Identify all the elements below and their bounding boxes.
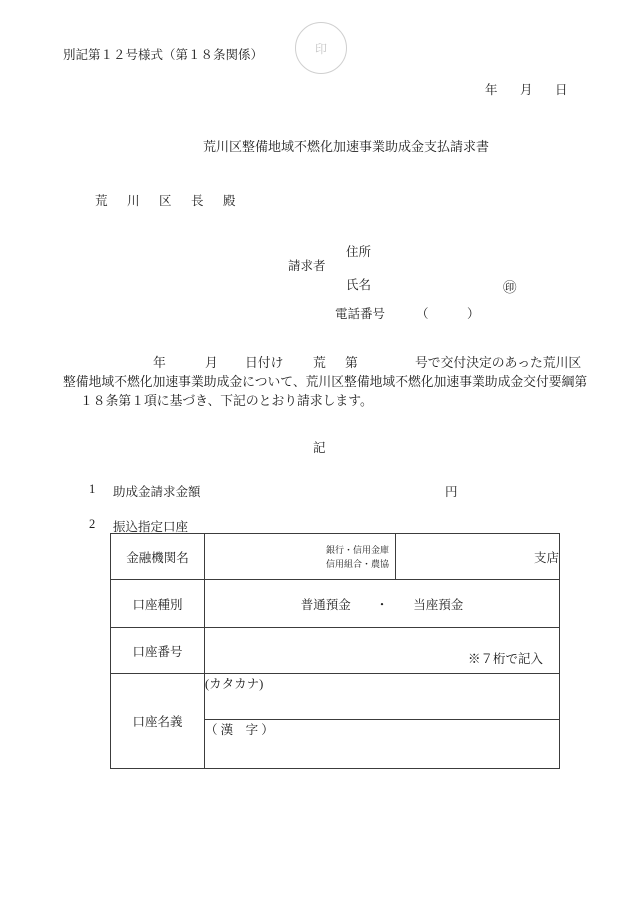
body-decision-number-label: 第 [345,352,358,371]
branch-cell: 支店 [396,534,560,580]
account-type-options-cell: 普通預金 ・ 当座預金 [205,580,560,628]
addressee-line: 荒 川 区 長 殿 [95,191,239,209]
item1-unit-yen: 円 [445,482,458,500]
document-page: 別記第１２号様式（第１８条関係） 印 年 月 日 荒川区整備地域不燃化加速事業助… [0,0,630,903]
body-line2: 整備地域不燃化加速事業助成金について、荒川区整備地域不燃化加速事業助成金交付要綱… [63,371,587,390]
seal-placeholder-icon: 印 [315,40,327,57]
official-seal-placeholder: 印 [295,22,347,74]
body-date-dated: 日付け [245,352,283,371]
bank-type-line2: 信用組合・農協 [205,557,395,571]
account-number-cell: ※７桁で記入 [205,628,560,674]
bank-account-table: 金融機関名 銀行・信用金庫 信用組合・農協 支店 口座種別 普通預金 ・ 当座預… [110,533,560,769]
account-type-label: 口座種別 [111,580,205,628]
bank-type-line1: 銀行・信用金庫 [205,543,395,557]
page-title: 荒川区整備地域不燃化加速事業助成金支払請求書 [203,136,489,155]
table-row-account-number: 口座番号 ※７桁で記入 [111,628,560,674]
body-line1-rest: 号で交付決定のあった荒川区 [415,352,581,371]
table-row-account-holder-katakana: 口座名義 (カタカナ) [111,674,560,720]
table-row-financial-institution: 金融機関名 銀行・信用金庫 信用組合・農協 支店 [111,534,560,580]
item1-number: 1 [89,482,95,497]
requester-label: 請求者 [288,256,326,274]
body-decision-prefix: 荒 [313,352,326,371]
body-date-month: 月 [205,352,218,371]
item2-number: 2 [89,517,95,532]
body-date-year: 年 [153,352,166,371]
requester-address-label: 住所 [346,242,371,260]
phone-paren-close: ） [467,304,480,322]
account-holder-katakana-cell: (カタカナ) [205,674,560,720]
phone-paren-open: （ [416,304,429,322]
seal-mark-icon: ㊞ [503,276,517,296]
seven-digits-note: ※７桁で記入 [205,649,559,673]
record-mark: 記 [313,438,326,456]
form-number: 別記第１２号様式（第１８条関係） [63,45,263,63]
account-holder-kanji-cell: （ 漢 字 ） [205,720,560,769]
account-number-label: 口座番号 [111,628,205,674]
table-row-account-type: 口座種別 普通預金 ・ 当座預金 [111,580,560,628]
account-holder-label: 口座名義 [111,674,205,769]
financial-institution-label: 金融機関名 [111,534,205,580]
item1-label: 助成金請求金額 [113,482,201,500]
date-line: 年 月 日 [485,80,573,98]
body-line3: １８条第１項に基づき、下記のとおり請求します。 [80,390,373,409]
institution-name-cell: 銀行・信用金庫 信用組合・農協 [205,534,396,580]
requester-phone-label: 電話番号 [335,304,385,322]
requester-name-label: 氏名 [346,275,371,293]
